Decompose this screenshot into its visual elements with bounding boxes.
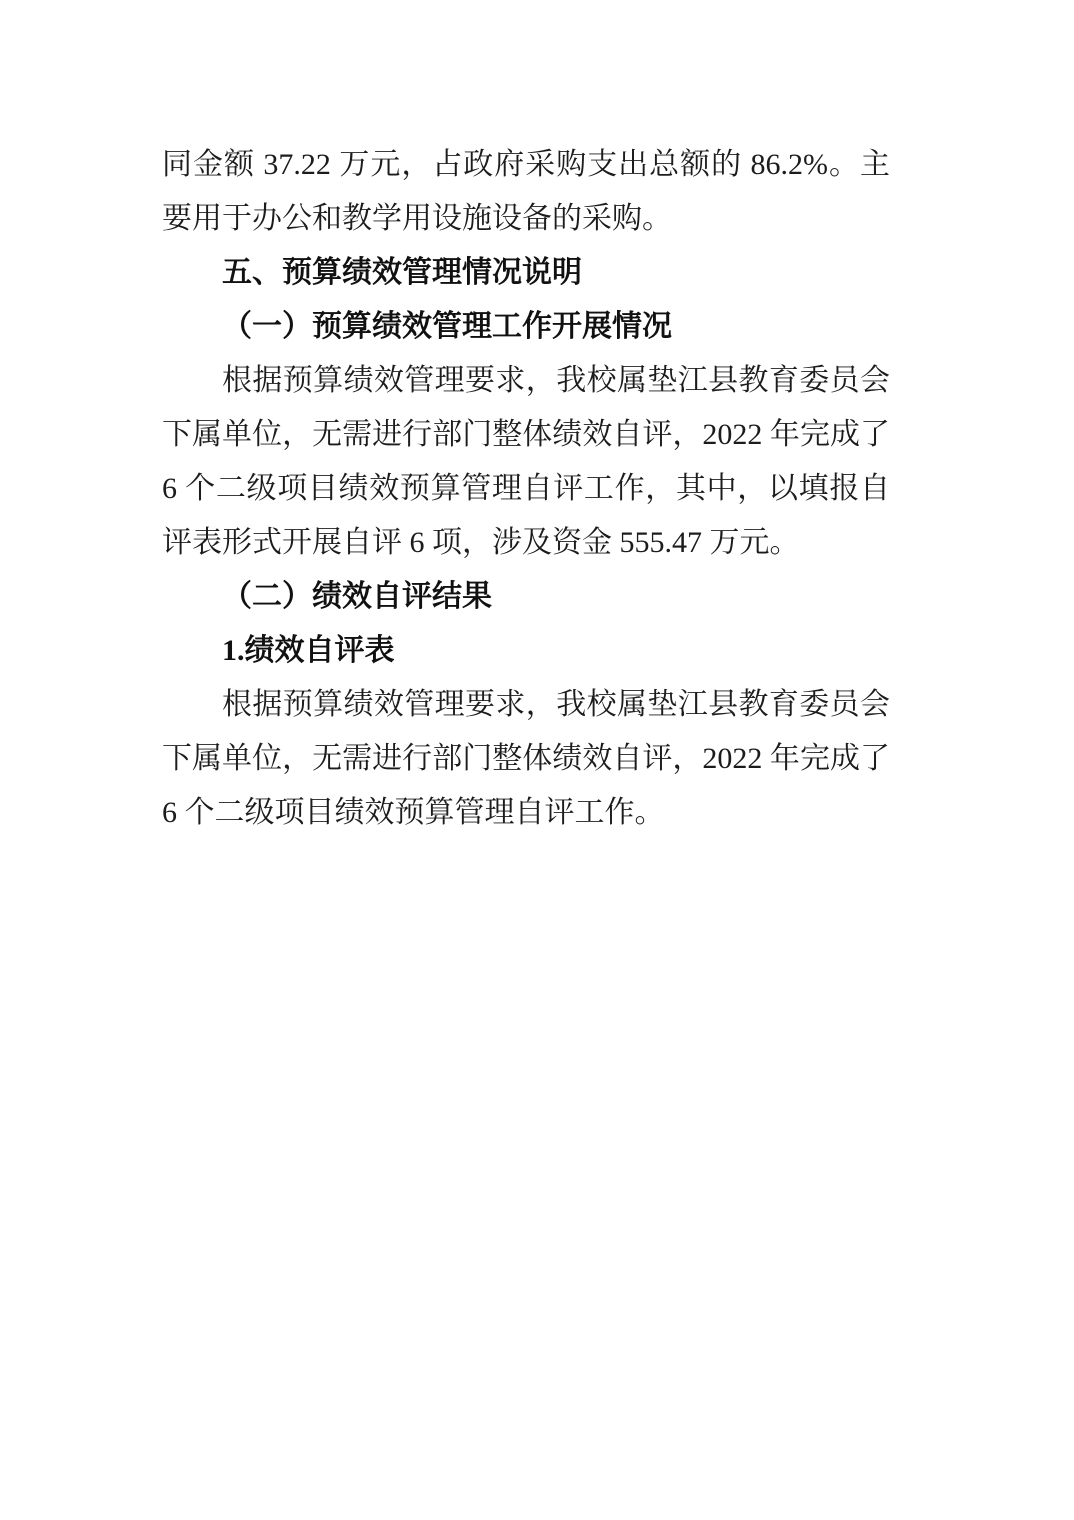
paragraph-procurement-summary: 同金额 37.22 万元，占政府采购支出总额的 86.2%。主要用于办公和教学用… [162, 138, 890, 246]
paragraph-5-2-1-self-evaluation: 根据预算绩效管理要求，我校属垫江县教育委员会下属单位，无需进行部门整体绩效自评，… [162, 678, 890, 840]
heading-section-5-budget-performance: 五、预算绩效管理情况说明 [162, 246, 890, 300]
paragraph-5-1-work-progress: 根据预算绩效管理要求，我校属垫江县教育委员会下属单位，无需进行部门整体绩效自评，… [162, 354, 890, 570]
document-content: 同金额 37.22 万元，占政府采购支出总额的 86.2%。主要用于办公和教学用… [162, 138, 890, 840]
subheading-5-1-work-progress: （一）预算绩效管理工作开展情况 [162, 300, 890, 354]
document-page: 同金额 37.22 万元，占政府采购支出总额的 86.2%。主要用于办公和教学用… [0, 0, 1074, 1520]
subheading-5-2-self-evaluation-results: （二）绩效自评结果 [162, 570, 890, 624]
subheading-5-2-1-self-evaluation-table: 1.绩效自评表 [162, 624, 890, 678]
